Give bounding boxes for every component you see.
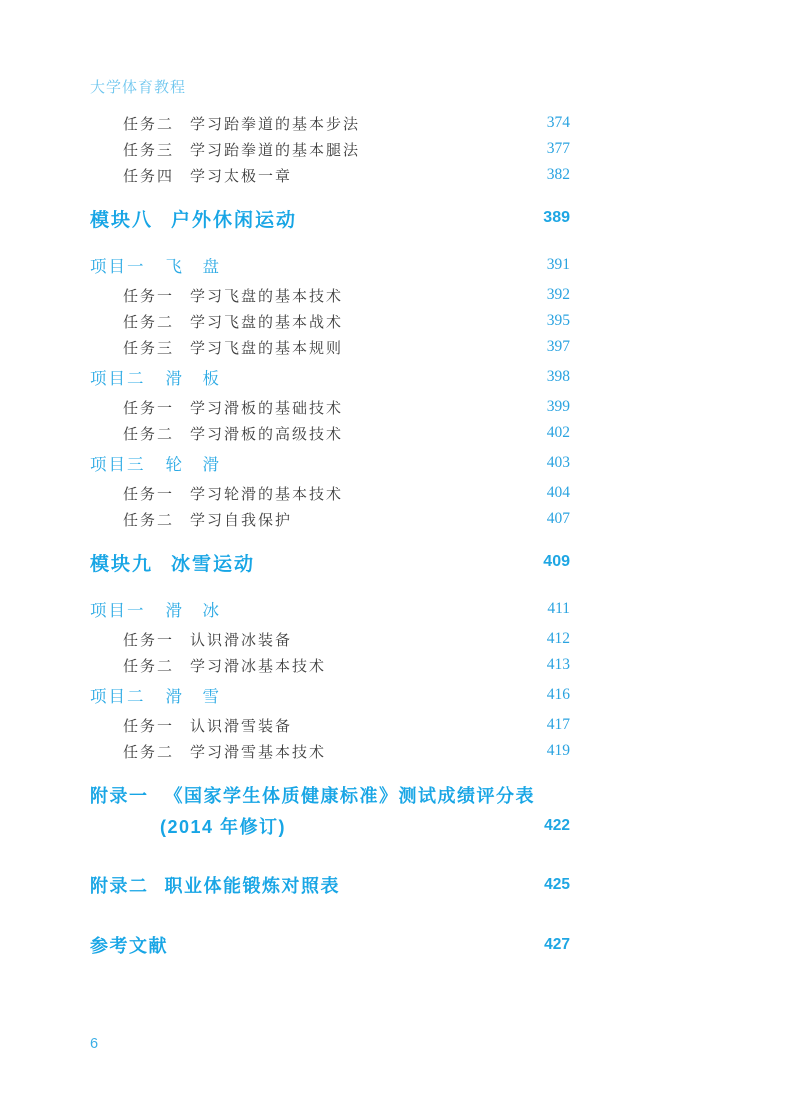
toc-entry: 附录二 职业体能锻炼对照表 425	[90, 870, 570, 900]
toc-entry: 项目一 飞 盘 391	[90, 250, 570, 280]
toc-entry: 任务一 学习飞盘的基本技术 392	[90, 282, 570, 308]
toc-entry-label: 附录二	[90, 872, 149, 898]
toc-entry-title: 学习滑雪基本技术	[190, 741, 326, 762]
toc-entry-title: 学习飞盘的基本规则	[190, 337, 343, 358]
toc-entry-label: 任务三	[123, 337, 174, 358]
toc-entry-page: 402	[547, 424, 570, 442]
toc-entry-title: 学习飞盘的基本战术	[190, 311, 343, 332]
toc-entry-label: 任务三	[123, 139, 174, 160]
toc-entry-title: 滑 板	[166, 365, 222, 389]
toc-entry-page: 374	[547, 114, 570, 132]
running-header: 大学体育教程	[90, 76, 186, 97]
toc-entry-page: 427	[544, 936, 570, 954]
toc-entry-title: 学习滑板的基础技术	[190, 397, 343, 418]
toc-entry-page: 417	[547, 716, 570, 734]
toc-entry-title: 学习太极一章	[190, 165, 292, 186]
toc-entry-label: 任务二	[123, 423, 174, 444]
toc-entry: 任务四 学习太极一章 382	[90, 162, 570, 188]
toc-entry-label: 项目二	[90, 365, 146, 389]
toc-entry-title: 认识滑冰装备	[190, 629, 292, 650]
toc-entry-page: 425	[544, 876, 570, 894]
toc-entry-page: 404	[547, 484, 570, 502]
toc-entry-label: 参考文献	[90, 932, 168, 958]
toc-entry-label: 任务二	[123, 311, 174, 332]
toc-entry: 项目二 滑 板 398	[90, 362, 570, 392]
toc-entry-title: 认识滑雪装备	[190, 715, 292, 736]
toc-entry-title: 滑 雪	[166, 683, 222, 707]
toc-entry-title: 滑 冰	[166, 597, 222, 621]
toc-entry-title: 学习轮滑的基本技术	[190, 483, 343, 504]
toc-entry-title: 学习自我保护	[190, 509, 292, 530]
toc-entry: 任务一 认识滑冰装备 412	[90, 626, 570, 652]
toc-entry-title: 学习飞盘的基本技术	[190, 285, 343, 306]
toc-entry: 模块九 冰雪运动 409	[90, 547, 570, 577]
toc-entry-title: 学习跆拳道的基本腿法	[190, 139, 360, 160]
toc-entry: 模块八 户外休闲运动 389	[90, 203, 570, 233]
toc-entry: 任务二 学习滑板的高级技术 402	[90, 420, 570, 446]
toc-entry: 任务一 认识滑雪装备 417	[90, 712, 570, 738]
toc-entry-label: 模块八	[90, 205, 153, 232]
toc-entry-label: 项目三	[90, 451, 146, 475]
toc-entry-page: 411	[547, 600, 570, 618]
toc-entry-label: 任务一	[123, 629, 174, 650]
toc-entry-label: 附录一	[90, 782, 149, 808]
toc-entry-page: 413	[547, 656, 570, 674]
toc-entry-page: 416	[547, 686, 570, 704]
toc-entry-label: 任务一	[123, 285, 174, 306]
toc-entry-label: 任务二	[123, 113, 174, 134]
toc-entry-label: 项目一	[90, 597, 146, 621]
toc-entry: 项目二 滑 雪 416	[90, 680, 570, 710]
toc-entry-page: 377	[547, 140, 570, 158]
toc-entry: 任务一 学习滑板的基础技术 399	[90, 394, 570, 420]
toc-entry-page: 403	[547, 454, 570, 472]
toc-entry-title: 学习滑板的高级技术	[190, 423, 343, 444]
toc-entry: 任务二 学习滑雪基本技术 419	[90, 738, 570, 764]
toc-entry-title: 户外休闲运动	[171, 205, 297, 232]
toc-entry: 任务三 学习跆拳道的基本腿法 377	[90, 136, 570, 162]
toc-entry-label: 项目一	[90, 253, 146, 277]
toc-entry-label: 任务一	[123, 483, 174, 504]
toc-entry-title: 职业体能锻炼对照表	[165, 872, 341, 898]
toc-entry-label: 任务二	[123, 741, 174, 762]
footer-page-number: 6	[90, 1036, 98, 1052]
toc-entry-label: 模块九	[90, 549, 153, 576]
toc-entry-title: 《国家学生体质健康标准》测试成绩评分表	[165, 782, 536, 808]
toc-entry: 参考文献 427	[90, 930, 570, 960]
toc-entry-title: 学习跆拳道的基本步法	[190, 113, 360, 134]
toc-entry-label: 任务二	[123, 655, 174, 676]
toc-entry: 任务二 学习滑冰基本技术 413	[90, 652, 570, 678]
toc-entry-title: (2014 年修订)	[160, 813, 286, 839]
toc-entry-label: 任务一	[123, 715, 174, 736]
toc-entry-label: 任务一	[123, 397, 174, 418]
toc-page: 大学体育教程 任务二 学习跆拳道的基本步法 374 任务三 学习跆拳道的基本腿法…	[0, 0, 800, 1114]
toc-entry-page: 382	[547, 166, 570, 184]
toc-entry: 附录一 《国家学生体质健康标准》测试成绩评分表	[90, 780, 570, 810]
toc-entry: 项目一 滑 冰 411	[90, 594, 570, 624]
toc-entry: 任务一 学习轮滑的基本技术 404	[90, 480, 570, 506]
toc-entry-title: 飞 盘	[166, 253, 222, 277]
toc-entry-page: 422	[544, 817, 570, 835]
toc-entry-label: 项目二	[90, 683, 146, 707]
toc-entry-page: 399	[547, 398, 570, 416]
toc-entry: (2014 年修订) 422	[90, 810, 570, 842]
toc-list: 任务二 学习跆拳道的基本步法 374 任务三 学习跆拳道的基本腿法 377 任务…	[90, 110, 570, 960]
toc-entry: 任务二 学习飞盘的基本战术 395	[90, 308, 570, 334]
toc-entry: 任务三 学习飞盘的基本规则 397	[90, 334, 570, 360]
toc-entry-label: 任务四	[123, 165, 174, 186]
toc-entry-title: 冰雪运动	[171, 549, 255, 576]
toc-entry-page: 412	[547, 630, 570, 648]
toc-entry-page: 398	[547, 368, 570, 386]
toc-entry-page: 395	[547, 312, 570, 330]
toc-entry-page: 407	[547, 510, 570, 528]
toc-entry-label: 任务二	[123, 509, 174, 530]
toc-entry: 任务二 学习自我保护 407	[90, 506, 570, 532]
toc-entry-page: 392	[547, 286, 570, 304]
toc-entry-page: 391	[547, 256, 570, 274]
toc-entry-page: 419	[547, 742, 570, 760]
toc-entry-page: 409	[543, 553, 570, 571]
toc-entry-title: 学习滑冰基本技术	[190, 655, 326, 676]
toc-entry-page: 397	[547, 338, 570, 356]
toc-entry: 任务二 学习跆拳道的基本步法 374	[90, 110, 570, 136]
toc-entry-title: 轮 滑	[166, 451, 222, 475]
toc-entry: 项目三 轮 滑 403	[90, 448, 570, 478]
toc-entry-page: 389	[543, 209, 570, 227]
